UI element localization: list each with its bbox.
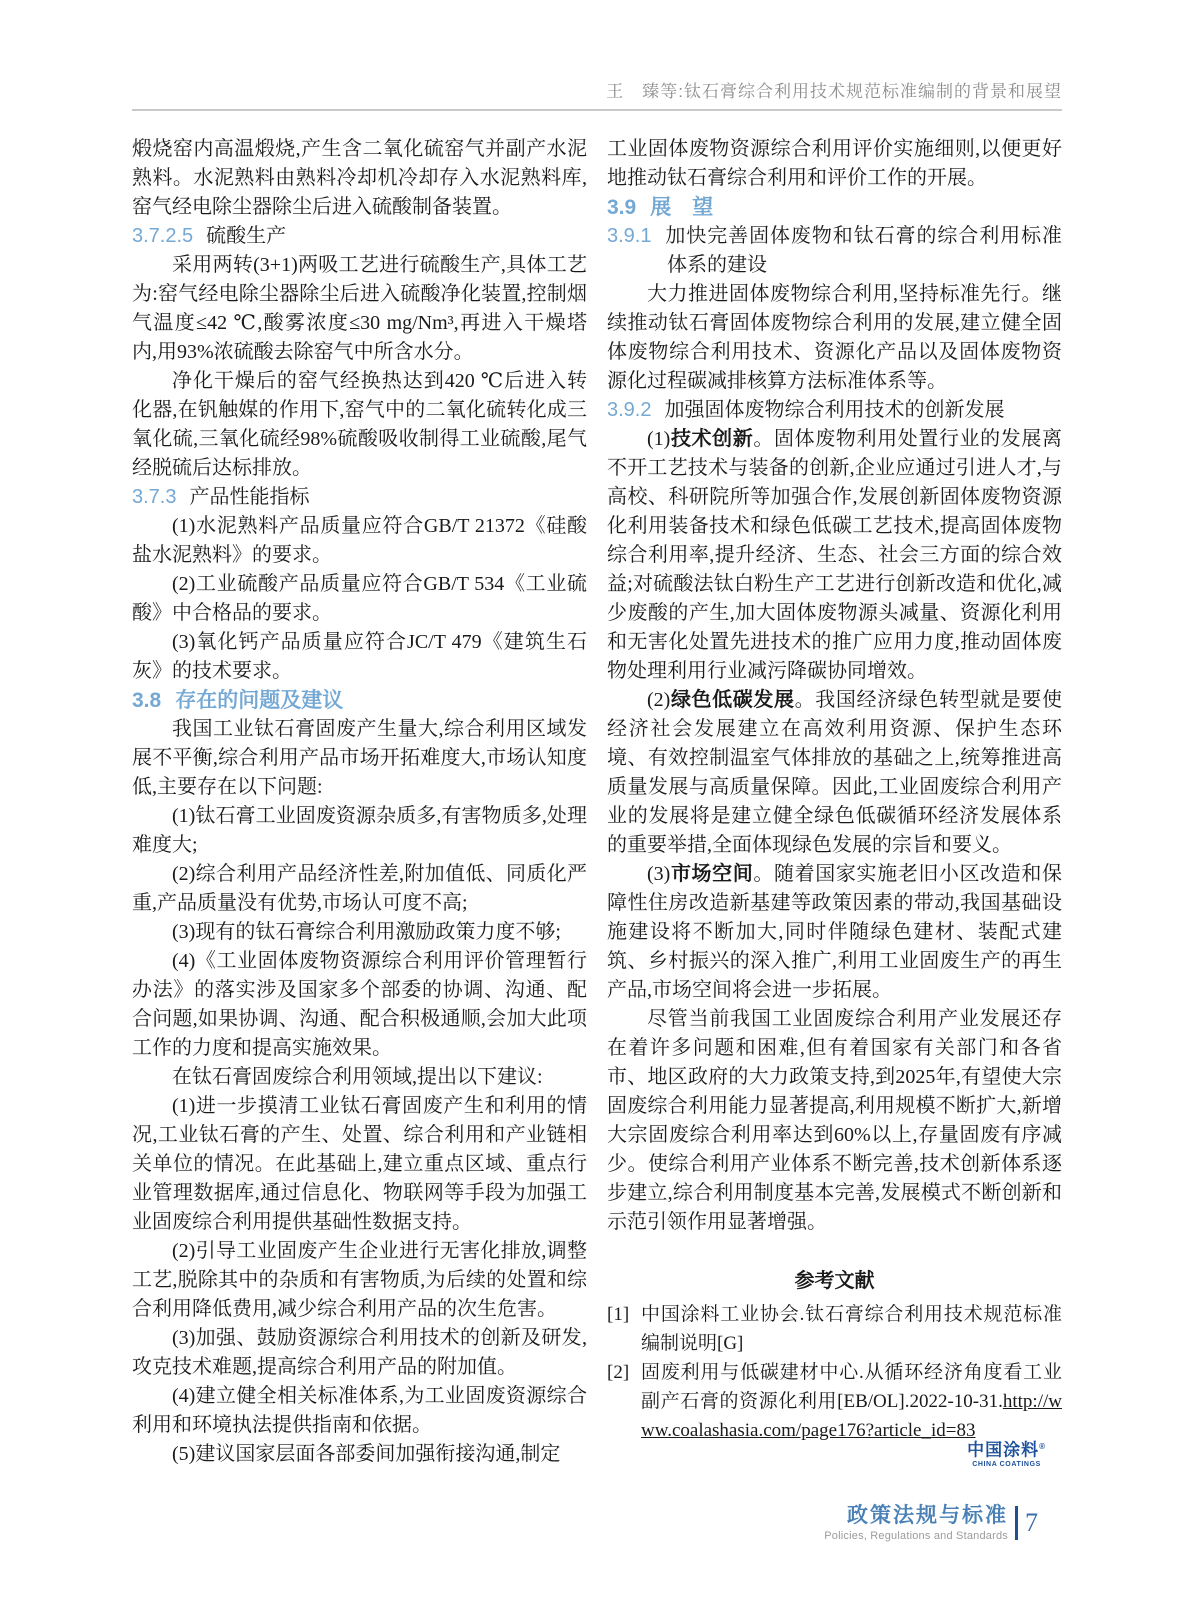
document-page: 王 臻等:钛石膏综合利用技术规范标准编制的背景和展望 煅烧窑内高温煅烧,产生含二… — [0, 0, 1187, 1600]
paragraph: (2)引导工业固废产生企业进行无害化排放,调整工艺,脱除其中的杂质和有害物质,为… — [132, 1237, 587, 1324]
subsection-title: 硫酸生产 — [206, 225, 286, 247]
inline-heading: 技术创新 — [670, 428, 753, 450]
section-number: 3.8 — [132, 689, 161, 712]
paragraph: (2)综合利用产品经济性差,附加值低、同质化严重,产品质量没有优势,市场认可度不… — [132, 860, 587, 918]
footer-divider — [1015, 1506, 1018, 1540]
inline-heading: 绿色低碳发展 — [670, 689, 794, 711]
paragraph: (4)《工业固体废物资源综合利用评价管理暂行办法》的落实涉及国家多个部委的协调、… — [132, 947, 587, 1063]
paragraph: (1)钛石膏工业固废资源杂质多,有害物质多,处理难度大; — [132, 802, 587, 860]
paragraph: (1)水泥熟料产品质量应符合GB/T 21372《硅酸盐水泥熟料》的要求。 — [132, 512, 587, 570]
list-marker: (1) — [647, 428, 670, 450]
subsection-heading: 3.7.3产品性能指标 — [132, 483, 587, 512]
section-heading: 3.9展 望 — [607, 193, 1062, 222]
right-column: 工业固体废物资源综合利用评价实施细则,以便更好地推动钛石膏综合利用和评价工作的开… — [607, 135, 1062, 1445]
footer-section-zh: 政策法规与标准 — [824, 1504, 1008, 1528]
subsection-title: 加快完善固体废物和钛石膏的综合利用标准体系的建设 — [664, 225, 1062, 276]
running-header: 王 臻等:钛石膏综合利用技术规范标准编制的背景和展望 — [132, 82, 1062, 111]
subsection-number: 3.7.2.5 — [132, 225, 193, 247]
paragraph: (3)现有的钛石膏综合利用激励政策力度不够; — [132, 918, 587, 947]
subsection-heading: 3.7.2.5硫酸生产 — [132, 222, 587, 251]
paragraph: 煅烧窑内高温煅烧,产生含二氧化硫窑气并副产水泥熟料。水泥熟料由熟料冷却机冷却存入… — [132, 135, 587, 222]
page-footer: 政策法规与标准 Policies, Regulations and Standa… — [824, 1504, 1038, 1542]
list-marker: (2) — [647, 689, 670, 711]
reference-label: [1] — [607, 1300, 641, 1358]
section-number: 3.9 — [607, 196, 636, 219]
running-title: 王 臻等:钛石膏综合利用技术规范标准编制的背景和展望 — [606, 82, 1062, 101]
subsection-title: 产品性能指标 — [189, 486, 309, 508]
paragraph: 在钛石膏固废综合利用领域,提出以下建议: — [132, 1063, 587, 1092]
subsection-number: 3.7.3 — [132, 486, 176, 508]
section-title: 展 望 — [650, 196, 713, 219]
footer-section-title: 政策法规与标准 Policies, Regulations and Standa… — [824, 1504, 1008, 1542]
paragraph: 净化干燥后的窑气经换热达到420 ℃后进入转化器,在钒触媒的作用下,窑气中的二氧… — [132, 367, 587, 483]
footer-section-en: Policies, Regulations and Standards — [824, 1530, 1008, 1542]
paragraph: (2)绿色低碳发展。我国经济绿色转型就是要使经济社会发展建立在高效利用资源、保护… — [607, 686, 1062, 860]
paragraph: (3)氧化钙产品质量应符合JC/T 479《建筑生石灰》的技术要求。 — [132, 628, 587, 686]
reference-text: 中国涂料工业协会.钛石膏综合利用技术规范标准编制说明[G] — [641, 1300, 1062, 1358]
paragraph: (5)建议国家层面各部委间加强衔接沟通,制定 — [132, 1440, 587, 1469]
list-marker: (3) — [647, 863, 670, 885]
reference-item: [1] 中国涂料工业协会.钛石膏综合利用技术规范标准编制说明[G] — [607, 1300, 1062, 1358]
reference-item: [2] 固废利用与低碳建材中心.从循环经济角度看工业副产石膏的资源化利用[EB/… — [607, 1358, 1062, 1445]
paragraph: (4)建立健全相关标准体系,为工业固废资源综合利用和环境执法提供指南和依据。 — [132, 1382, 587, 1440]
paragraph: (1)技术创新。固体废物利用处置行业的发展离不开工艺技术与装备的创新,企业应通过… — [607, 425, 1062, 686]
paragraph: 工业固体废物资源综合利用评价实施细则,以便更好地推动钛石膏综合利用和评价工作的开… — [607, 135, 1062, 193]
paragraph: (1)进一步摸清工业钛石膏固废产生和利用的情况,工业钛石膏的产生、处置、综合利用… — [132, 1092, 587, 1237]
references-title: 参考文献 — [607, 1267, 1062, 1296]
logo-zh-glyphs: 中国涂料 — [967, 1441, 1039, 1460]
subsection-heading: 3.9.1加快完善固体废物和钛石膏的综合利用标准体系的建设 — [607, 222, 1062, 280]
paragraph-text: 。我国经济绿色转型就是要使经济社会发展建立在高效利用资源、保护生态环境、有效控制… — [607, 689, 1062, 856]
section-heading: 3.8存在的问题及建议 — [132, 686, 587, 715]
paragraph: 我国工业钛石膏固废产生量大,综合利用区域发展不平衡,综合利用产品市场开拓难度大,… — [132, 715, 587, 802]
reference-text: 固废利用与低碳建材中心.从循环经济角度看工业副产石膏的资源化利用[EB/OL].… — [641, 1358, 1062, 1445]
paragraph: (3)市场空间。随着国家实施老旧小区改造和保障性住房改造新基建等政策因素的带动,… — [607, 860, 1062, 1005]
paragraph-text: 。固体废物利用处置行业的发展离不开工艺技术与装备的创新,企业应通过引进人才,与高… — [607, 428, 1062, 682]
section-title: 存在的问题及建议 — [175, 689, 343, 712]
subsection-heading: 3.9.2加强固体废物综合利用技术的创新发展 — [607, 396, 1062, 425]
trademark-icon: ® — [1039, 1442, 1046, 1451]
reference-citation: 固废利用与低碳建材中心.从循环经济角度看工业副产石膏的资源化利用[EB/OL].… — [641, 1362, 1062, 1412]
reference-label: [2] — [607, 1358, 641, 1445]
subsection-number: 3.9.1 — [607, 225, 651, 247]
inline-heading: 市场空间 — [670, 863, 753, 885]
logo-en-text: CHINA COATINGS — [967, 1461, 1046, 1468]
subsection-number: 3.9.2 — [607, 399, 651, 421]
left-column: 煅烧窑内高温煅烧,产生含二氧化硫窑气并副产水泥熟料。水泥熟料由熟料冷却机冷却存入… — [132, 135, 587, 1469]
paragraph: 尽管当前我国工业固废综合利用产业发展还存在着许多问题和困难,但有着国家有关部门和… — [607, 1005, 1062, 1237]
paragraph: 采用两转(3+1)两吸工艺进行硫酸生产,具体工艺为:窑气经电除尘器除尘后进入硫酸… — [132, 251, 587, 367]
subsection-title: 加强固体废物综合利用技术的创新发展 — [664, 399, 1004, 421]
paragraph: (2)工业硫酸产品质量应符合GB/T 534《工业硫酸》中合格品的要求。 — [132, 570, 587, 628]
logo-zh-text: 中国涂料® — [967, 1438, 1046, 1460]
references-section: 参考文献 [1] 中国涂料工业协会.钛石膏综合利用技术规范标准编制说明[G] [… — [607, 1267, 1062, 1445]
brand-logo: 中国涂料® CHINA COATINGS — [967, 1438, 1046, 1468]
paragraph: (3)加强、鼓励资源综合利用技术的创新及研发,攻克技术难题,提高综合利用产品的附… — [132, 1324, 587, 1382]
paragraph: 大力推进固体废物综合利用,坚持标准先行。继续推动钛石膏固体废物综合利用的发展,建… — [607, 280, 1062, 396]
page-number: 7 — [1025, 1508, 1038, 1538]
